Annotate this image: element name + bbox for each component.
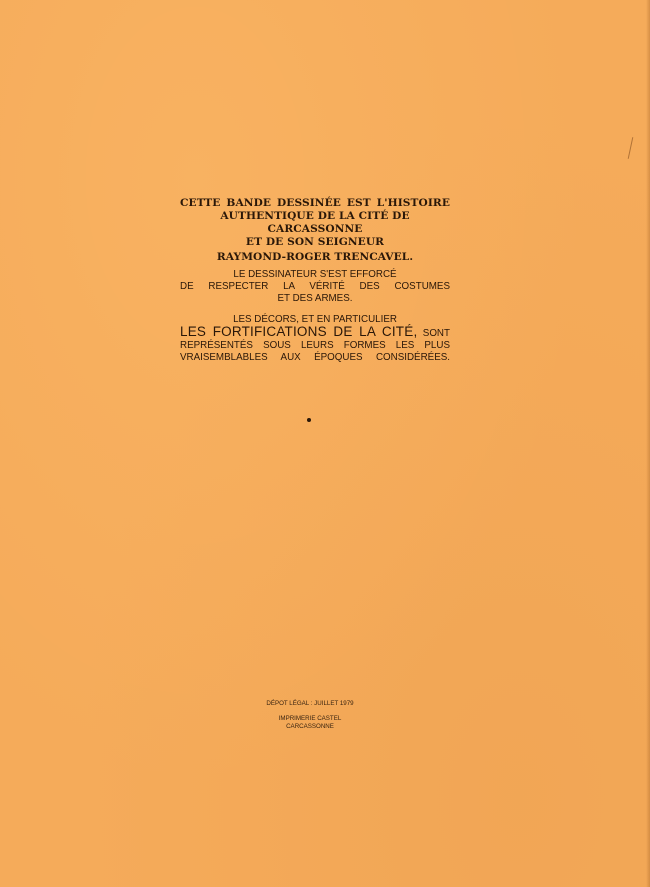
printer-city: CARCASSONNE bbox=[240, 723, 380, 731]
page-edge-shadow bbox=[646, 0, 650, 887]
title-line-4: RAYMOND-ROGER TRENCAVEL. bbox=[180, 251, 450, 264]
p3-line-2: LES FORTIFICATIONS DE LA CITÉ, SONT bbox=[180, 326, 450, 340]
costumes-paragraph: LE DESSINATEUR S'EST EFFORCÉ DE RESPECTE… bbox=[180, 269, 450, 305]
p3-line-3: REPRÉSENTÉS SOUS LEURS FORMES LES PLUS bbox=[180, 340, 450, 352]
title-line-3: ET DE SON SEIGNEUR bbox=[180, 236, 450, 249]
title-line-2: AUTHENTIQUE DE LA CITÉ DE CARCASSONNE bbox=[180, 210, 450, 236]
decors-paragraph: LES DÉCORS, ET EN PARTICULIER LES FORTIF… bbox=[180, 314, 450, 364]
depot-legal: DÉPOT LÉGAL : JUILLET 1979 bbox=[240, 700, 380, 708]
p2-line-3: ET DES ARMES. bbox=[180, 293, 450, 305]
title-line-1: CETTE BANDE DESSINÉE EST L'HISTOIRE bbox=[180, 197, 450, 210]
fortifications-emphasis: LES FORTIFICATIONS DE LA CITÉ, bbox=[180, 324, 417, 339]
colophon: DÉPOT LÉGAL : JUILLET 1979 IMPRIMERIE CA… bbox=[240, 700, 380, 731]
p3-line-4: VRAISEMBLABLES AUX ÉPOQUES CONSIDÉRÉES. bbox=[180, 352, 450, 364]
bullet-dot-ornament bbox=[307, 418, 311, 422]
printer-name: IMPRIMERIE CASTEL bbox=[240, 715, 380, 723]
cover-statement-title: CETTE BANDE DESSINÉE EST L'HISTOIRE AUTH… bbox=[180, 197, 450, 264]
p2-line-2: DE RESPECTER LA VÉRITÉ DES COSTUMES bbox=[180, 281, 450, 293]
p3-line-2-suffix: SONT bbox=[423, 328, 450, 339]
p2-line-1: LE DESSINATEUR S'EST EFFORCÉ bbox=[180, 269, 450, 281]
paper-scratch-mark bbox=[628, 137, 634, 159]
back-cover: CETTE BANDE DESSINÉE EST L'HISTOIRE AUTH… bbox=[0, 0, 650, 887]
